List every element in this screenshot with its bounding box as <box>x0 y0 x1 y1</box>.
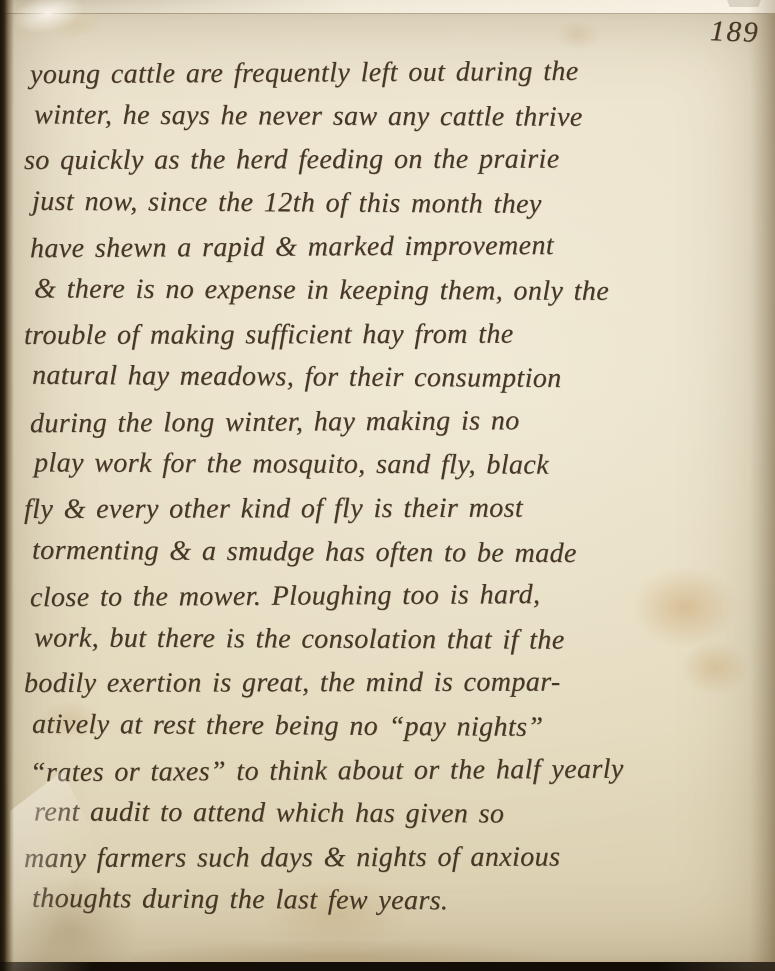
page-right-shade <box>749 0 775 971</box>
manuscript-line: so quickly as the herd feeding on the pr… <box>24 143 761 189</box>
manuscript-line-text: fly & every other kind of fly is their m… <box>24 493 523 526</box>
manuscript-line: many farmers such days & nights of anxio… <box>24 841 761 887</box>
manuscript-line: natural hay meadows, for their consumpti… <box>32 360 761 408</box>
manuscript-line: have shewn a rapid & marked improvement <box>30 229 761 277</box>
manuscript-line: “rates or taxes” to think about or the h… <box>30 752 761 800</box>
fox-stain <box>555 20 601 50</box>
book-binding-edge <box>0 0 14 971</box>
manuscript-line: work, but there is the consolation that … <box>34 622 761 669</box>
manuscript-line: young cattle are frequently left out dur… <box>30 55 761 103</box>
page-top-edge <box>0 0 775 14</box>
manuscript-line-text: rent audit to attend which has given so <box>34 797 504 831</box>
manuscript-line-text: “rates or taxes” to think about or the h… <box>30 753 624 789</box>
manuscript-line: bodily exertion is great, the mind is co… <box>24 666 761 712</box>
manuscript-line-text: work, but there is the consolation that … <box>34 622 565 656</box>
handwritten-text-block: young cattle are frequently left out dur… <box>30 57 761 961</box>
manuscript-line: tormenting & a smudge has often to be ma… <box>32 534 761 582</box>
manuscript-line-text: trouble of making sufficient hay from th… <box>24 318 514 351</box>
manuscript-line: atively at rest there being no “pay nigh… <box>32 709 761 757</box>
manuscript-line: play work for the mosquito, sand fly, bl… <box>34 448 761 495</box>
manuscript-line-text: just now, since the 12th of this month t… <box>32 186 542 221</box>
manuscript-line-text: natural hay meadows, for their consumpti… <box>32 360 562 395</box>
manuscript-line-text: winter, he says he never saw any cattle … <box>34 99 583 133</box>
manuscript-page-photo: 189 young cattle are frequently left out… <box>0 0 775 971</box>
manuscript-line-text: so quickly as the herd feeding on the pr… <box>24 144 560 177</box>
manuscript-line: during the long winter, hay making is no <box>30 404 761 452</box>
manuscript-line: just now, since the 12th of this month t… <box>32 186 761 234</box>
manuscript-line-text: atively at rest there being no “pay nigh… <box>32 709 543 744</box>
manuscript-line-text: during the long winter, hay making is no <box>30 405 520 440</box>
manuscript-line: rent audit to attend which has given so <box>34 797 761 844</box>
manuscript-line: fly & every other kind of fly is their m… <box>24 492 761 538</box>
manuscript-line-text: & there is no expense in keeping them, o… <box>34 273 609 308</box>
manuscript-line-text: have shewn a rapid & marked improvement <box>30 230 554 265</box>
manuscript-line-text: close to the mower. Ploughing too is har… <box>30 579 541 614</box>
manuscript-line-text: bodily exertion is great, the mind is co… <box>24 667 561 700</box>
manuscript-line-text: young cattle are frequently left out dur… <box>30 56 579 91</box>
paper-crease <box>11 0 107 60</box>
manuscript-line: trouble of making sufficient hay from th… <box>24 318 761 364</box>
manuscript-line: & there is no expense in keeping them, o… <box>34 273 761 320</box>
manuscript-line-text: play work for the mosquito, sand fly, bl… <box>34 448 549 482</box>
manuscript-line-text: tormenting & a smudge has often to be ma… <box>32 534 577 569</box>
page-bottom-edge <box>0 962 775 971</box>
manuscript-line: winter, he says he never saw any cattle … <box>34 99 761 146</box>
manuscript-line: close to the mower. Ploughing too is har… <box>30 578 761 626</box>
